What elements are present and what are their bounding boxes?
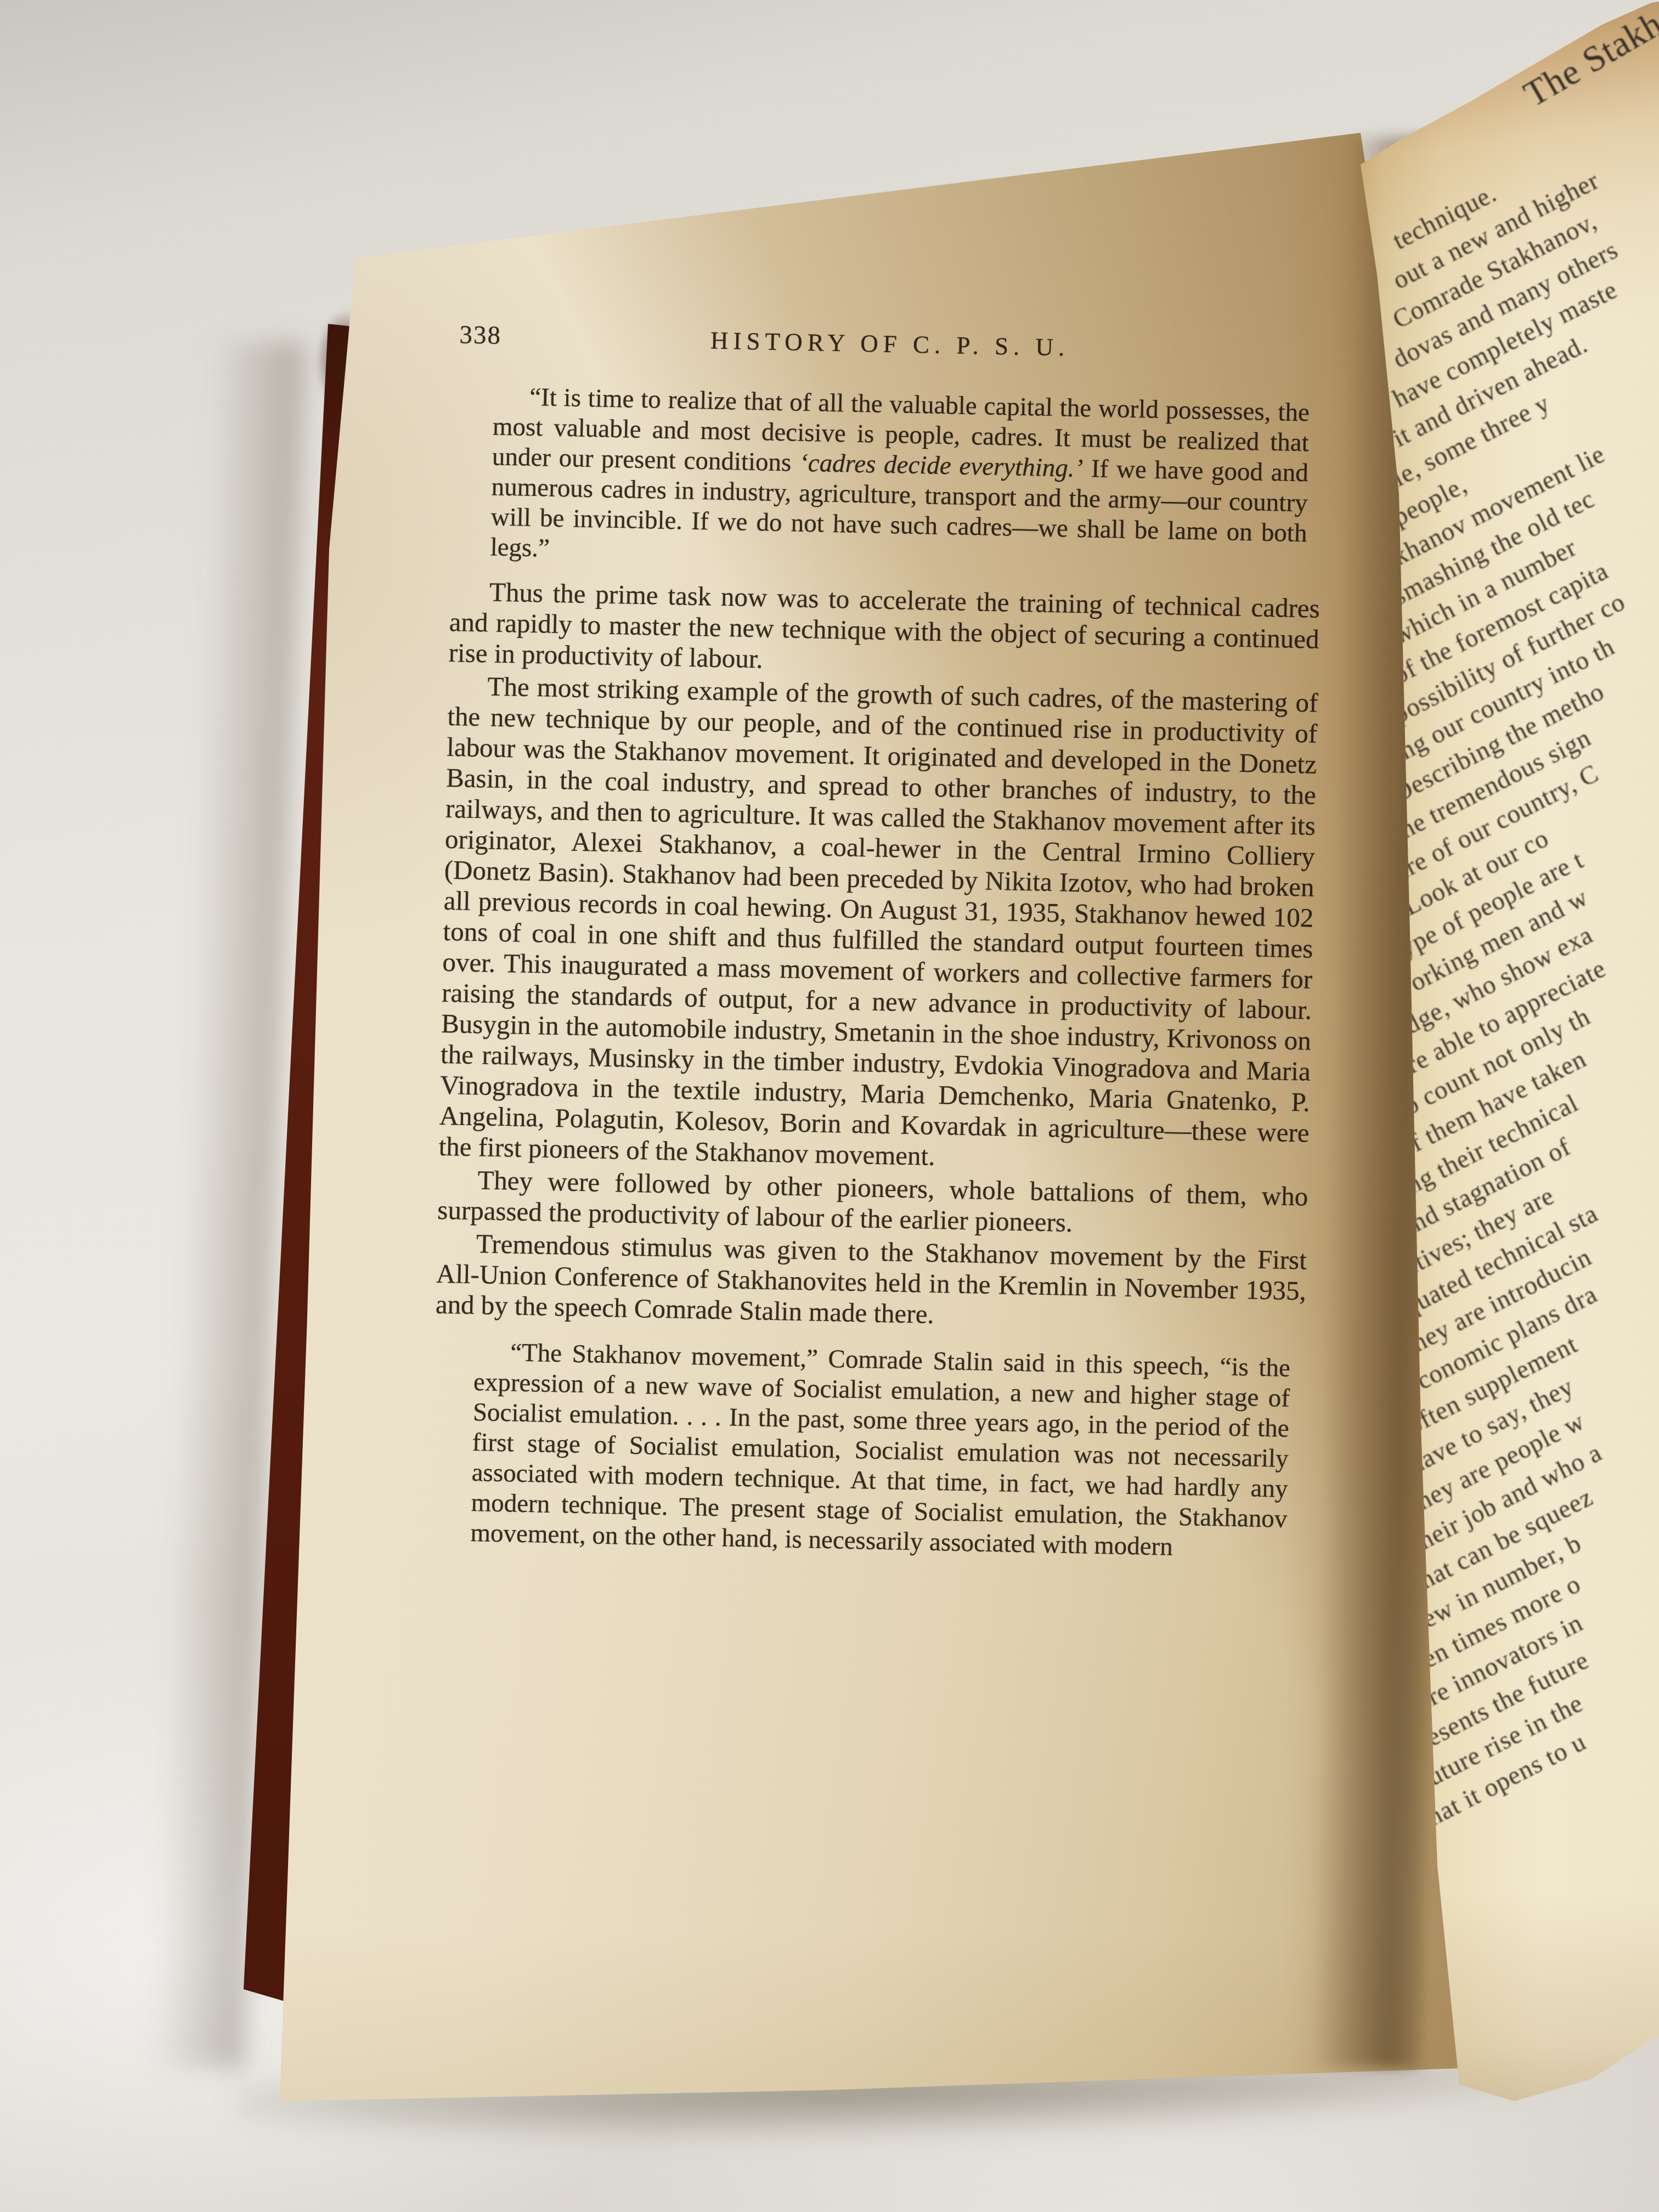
quote-italic-phrase: ‘cadres decide everything.’ bbox=[799, 449, 1084, 483]
page-number: 338 bbox=[459, 319, 502, 351]
stalin-quote-cadres: “It is time to realize that of all the v… bbox=[490, 381, 1310, 579]
paragraph-conference: Tremendous stimulus was given to the Sta… bbox=[435, 1228, 1307, 1338]
book-photo: 338 HISTORY OF C. P. S. U. “It is time t… bbox=[0, 0, 1659, 2212]
running-header: HISTORY OF C. P. S. U. bbox=[710, 326, 1070, 361]
paragraph-prime-task: Thus the prime task now was to accelerat… bbox=[448, 576, 1320, 686]
paragraph-stakhanov-origin: The most striking example of the growth … bbox=[438, 670, 1318, 1180]
page-header: 338 HISTORY OF C. P. S. U. bbox=[455, 319, 1325, 377]
left-page: 338 HISTORY OF C. P. S. U. “It is time t… bbox=[241, 126, 1481, 2112]
stalin-quote-speech: “The Stakhanov movement,” Comrade Stalin… bbox=[470, 1337, 1290, 1565]
left-page-text: 338 HISTORY OF C. P. S. U. “It is time t… bbox=[431, 319, 1325, 1565]
